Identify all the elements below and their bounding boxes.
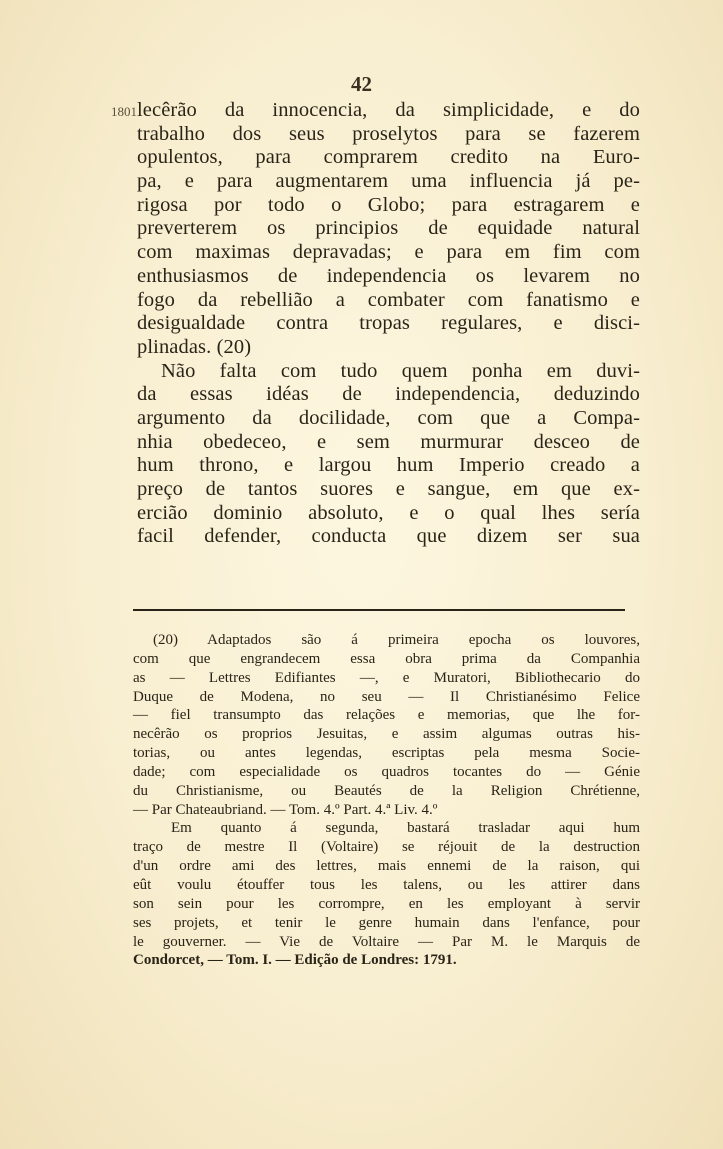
- text-line: opulentos, para comprarem credito na Eur…: [137, 146, 640, 170]
- text-line-paragraph-end: plinadas. (20): [137, 336, 640, 360]
- footnote-line: torias, ou antes legendas, escriptas pel…: [133, 744, 640, 763]
- footnote-line: as — Lettres Edifiantes —, e Muratori, B…: [133, 669, 640, 688]
- footnote-line: son sein pour les corrompre, en les empl…: [133, 895, 640, 914]
- footnote-line: dade; com especialidade os quadros tocan…: [133, 763, 640, 782]
- footnote-separator-rule: [133, 609, 625, 611]
- footnote-line: d'un ordre ami des lettres, mais ennemi …: [133, 857, 640, 876]
- footnote-line: du Christianisme, ou Beautés de la Relig…: [133, 782, 640, 801]
- text-line: desigualdade contra tropas regulares, e …: [137, 312, 640, 336]
- footnote-line: com que engrandecem essa obra prima da C…: [133, 650, 640, 669]
- text-line: fogo da rebellião a combater com fanatis…: [137, 289, 640, 313]
- footnote-line: — fiel transumpto das relações e memoria…: [133, 706, 640, 725]
- footnote-line: traço de mestre Il (Voltaire) se réjouit…: [133, 838, 640, 857]
- page-number: 42: [0, 72, 723, 97]
- text-line: nhia obedeceo, e sem murmurar desceo de: [137, 431, 640, 455]
- text-line: ercião dominio absoluto, e o qual lhes s…: [137, 502, 640, 526]
- footnote-block: (20) Adaptados são á primeira epocha os …: [133, 631, 640, 970]
- text-line: argumento da docilidade, com que a Compa…: [137, 407, 640, 431]
- text-line: enthusiasmos de independencia os levarem…: [137, 265, 640, 289]
- footnote-line: eût voulu étouffer tous les talens, ou l…: [133, 876, 640, 895]
- text-line: com maximas depravadas; e para em fim co…: [137, 241, 640, 265]
- footnote-line: Em quanto á segunda, bastará trasladar a…: [133, 819, 640, 838]
- footnote-line: necêrão os proprios Jesuitas, e assim al…: [133, 725, 640, 744]
- text-line: rigosa por todo o Globo; para estragarem…: [137, 194, 640, 218]
- text-line: preverterem os principios de equidade na…: [137, 217, 640, 241]
- text-line: facil defender, conducta que dizem ser s…: [137, 525, 640, 549]
- footnote-line: ses projets, et tenir le genre humain da…: [133, 914, 640, 933]
- text-line: da essas idéas de independencia, deduzin…: [137, 383, 640, 407]
- text-line: preço de tantos suores e sangue, em que …: [137, 478, 640, 502]
- margin-year-note: 1801: [111, 104, 137, 120]
- text-line: trabalho dos seus proselytos para se faz…: [137, 123, 640, 147]
- text-line-paragraph-start: Não falta com tudo quem ponha em duvi-: [137, 360, 640, 384]
- footnote-line: Duque de Modena, no seu — Il Christianés…: [133, 688, 640, 707]
- footnote-line: (20) Adaptados são á primeira epocha os …: [133, 631, 640, 650]
- footnote-line: le gouverner. — Vie de Voltaire — Par M.…: [133, 933, 640, 952]
- footnote-line: Condorcet, — Tom. I. — Edição de Londres…: [133, 951, 640, 970]
- footnote-line: — Par Chateaubriand. — Tom. 4.º Part. 4.…: [133, 801, 640, 820]
- main-text-body: lecêrão da innocencia, da simplicidade, …: [137, 99, 640, 549]
- text-line: lecêrão da innocencia, da simplicidade, …: [137, 99, 640, 123]
- text-line: pa, e para augmentarem uma influencia já…: [137, 170, 640, 194]
- text-line: hum throno, e largou hum Imperio creado …: [137, 454, 640, 478]
